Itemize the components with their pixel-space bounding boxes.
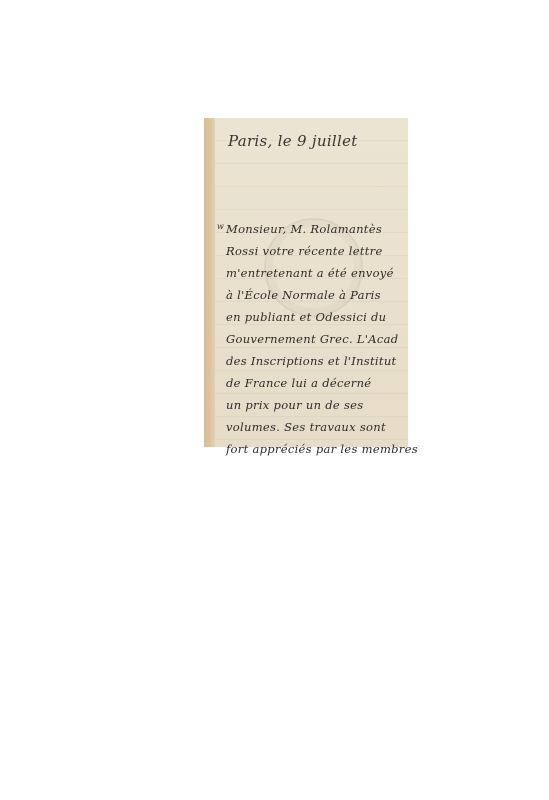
letter-line: un prix pour un de ses — [226, 398, 364, 412]
letter-line: à l'École Normale à Paris — [226, 288, 381, 302]
letter-line: volumes. Ses travaux sont — [226, 420, 386, 434]
letter-line: m'entretenant a été envoyé — [226, 266, 394, 280]
letter-line: en publiant et Odessici du — [226, 310, 386, 324]
letter-line: Rossi votre récente lettre — [226, 244, 383, 258]
letter-line: fort appréciés par les membres — [226, 442, 418, 456]
binding-strip — [204, 118, 215, 447]
letter-line: des Inscriptions et l'Institut — [226, 354, 396, 368]
letter-page: Paris, le 9 juillet w Monsieur, M. Rolam… — [204, 118, 408, 447]
margin-mark: w — [217, 222, 224, 231]
letter-line: Gouvernement Grec. L'Acad — [226, 332, 398, 346]
letter-line: de France lui a décerné — [226, 376, 371, 390]
dateline: Paris, le 9 juillet — [228, 132, 358, 150]
letter-line: Monsieur, M. Rolamantès — [226, 222, 382, 236]
